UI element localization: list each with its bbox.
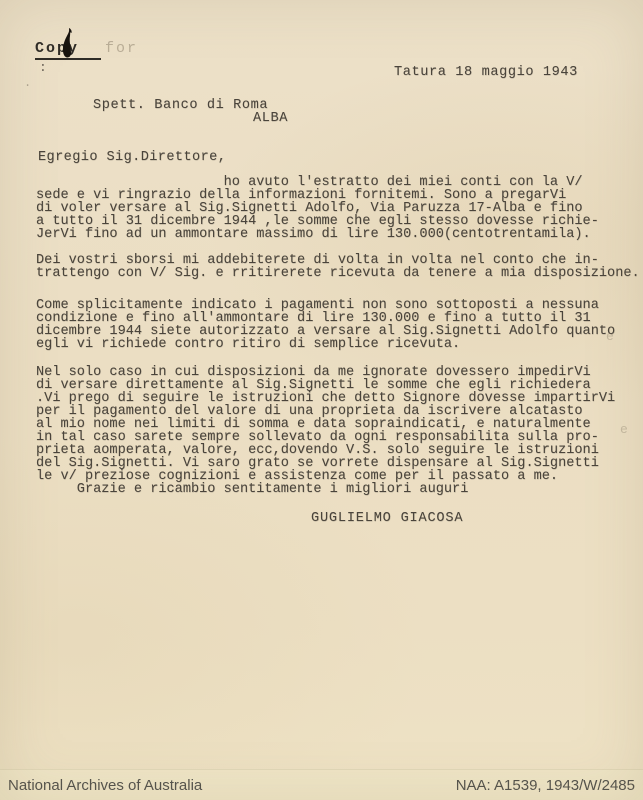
stray-colon-mark: : <box>39 60 47 75</box>
faint-ghost-mark: e <box>606 329 614 344</box>
letter-body: ho avuto l'estratto dei miei conti con l… <box>36 176 643 496</box>
letter-date: Tatura 18 maggio 1943 <box>394 66 578 79</box>
copy-stamp-faint-word: for <box>105 40 138 57</box>
signature: GUGLIELMO GIACOSA <box>311 512 463 525</box>
archive-name: National Archives of Australia <box>8 777 202 794</box>
paragraph-3: Come splicitamente indicato i pagamenti … <box>36 299 643 351</box>
paragraph-2: Dei vostri sborsi mi addebiterete di vol… <box>36 254 643 280</box>
salutation: Egregio Sig.Direttore, <box>38 151 226 164</box>
recipient-city: ALBA <box>253 112 288 125</box>
faint-ghost-mark: e <box>620 422 628 437</box>
ink-blot <box>58 28 78 60</box>
scanned-letter-page: Copyfor : . Tatura 18 maggio 1943 Spett.… <box>0 0 643 800</box>
stray-dot-mark: . <box>24 76 31 90</box>
archive-caption-bar: National Archives of Australia NAA: A153… <box>0 769 643 800</box>
archive-reference: NAA: A1539, 1943/W/2485 <box>456 777 635 794</box>
paragraph-1: ho avuto l'estratto dei miei conti con l… <box>36 176 643 241</box>
paragraph-4: Nel solo caso in cui disposizioni da me … <box>36 366 643 496</box>
recipient-name: Spett. Banco di Roma <box>93 99 268 112</box>
copy-stamp: Copyfor <box>35 40 138 60</box>
